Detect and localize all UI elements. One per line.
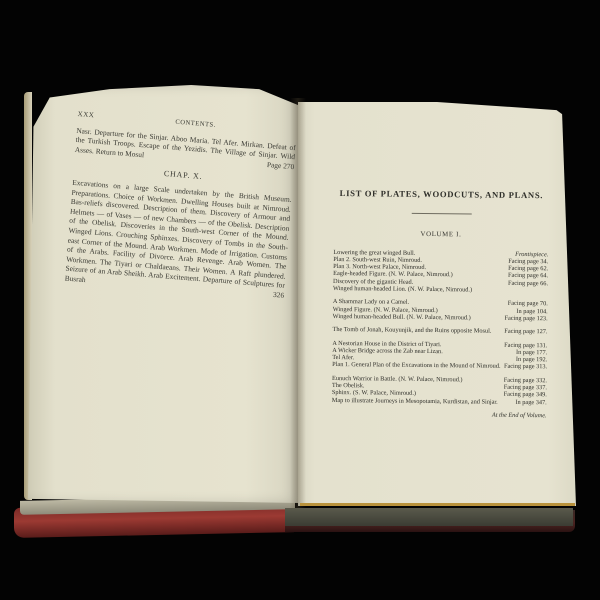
plate-group: The Tomb of Jonah, Kouyunjik, and the Ru… <box>332 326 547 336</box>
plate-group: A Shammar Lady on a Camel.Facing page 70… <box>333 298 548 322</box>
page-block-right <box>285 508 573 526</box>
title-rule-divider <box>411 213 471 215</box>
chapter-summary-paragraph: Excavations on a large Scale undertaken … <box>64 178 292 300</box>
folio-number: XXX <box>77 110 94 121</box>
volume-heading: VOLUME I. <box>334 230 549 240</box>
plate-list-item: Winged human-headed Lion. (N. W. Palace,… <box>333 285 548 295</box>
plate-list: Lowering the great winged Bull.Frontispi… <box>332 249 549 407</box>
left-page-text: XXX CONTENTS. Nasr. Departure for the Si… <box>64 110 297 300</box>
plate-group: Eunuch Warrior in Battle. (N. W. Palace,… <box>332 375 547 406</box>
plate-list-item: Plan 1. General Plan of the Excavations … <box>332 361 547 371</box>
photo-scene: XXX CONTENTS. Nasr. Departure for the Si… <box>0 0 600 600</box>
plates-list-title: LIST OF PLATES, WOODCUTS, AND PLANS. <box>334 190 549 200</box>
plate-list-item: The Tomb of Jonah, Kouyunjik, and the Ru… <box>332 326 547 336</box>
plate-group: Lowering the great winged Bull.Frontispi… <box>333 249 548 295</box>
right-page-text: LIST OF PLATES, WOODCUTS, AND PLANS. VOL… <box>332 190 549 419</box>
gilt-page-edge <box>300 503 575 506</box>
plate-title: Winged human-headed Lion. (N. W. Palace,… <box>333 285 548 295</box>
plate-list-item: Winged human-headed Bull. (N. W. Palace,… <box>333 313 548 323</box>
running-head: CONTENTS. <box>175 118 216 131</box>
contents-intro-page-ref: Page 270 <box>267 160 295 172</box>
chapter-summary-text: Excavations on a large Scale undertaken … <box>64 178 292 290</box>
plate-list-item: Map to illustrate Journeys in Mesopotami… <box>332 397 547 407</box>
plate-group: A Nestorian House in the District of Tiy… <box>332 340 547 371</box>
chapter-page-ref: 326 <box>273 290 285 300</box>
